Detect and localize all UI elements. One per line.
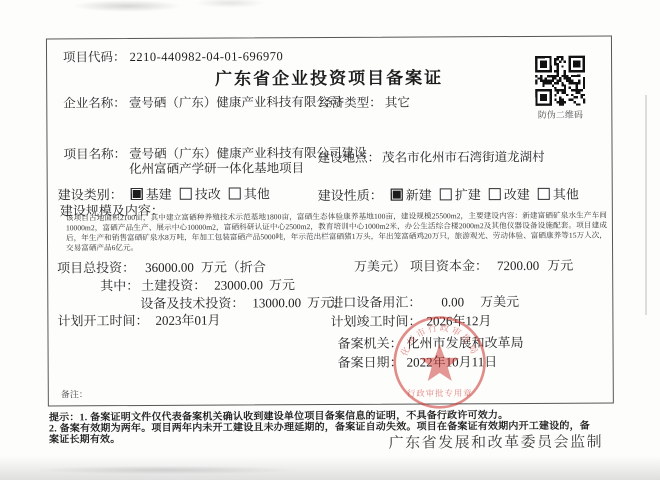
- planned-start-value: 2023年01月: [155, 310, 220, 329]
- filing-authority-label: 备案机关：: [337, 333, 402, 352]
- qr-code-image: [535, 56, 585, 106]
- import-forex-unit: 万美元: [480, 291, 519, 310]
- checkbox-expansion: [440, 188, 452, 200]
- checkbox-technical-upgrade-label: 技改: [195, 184, 221, 203]
- company-label: 企业名称：: [63, 93, 126, 111]
- planned-finish-row: 计划竣工时间： 2026年12月: [330, 310, 491, 330]
- anti-counterfeit-qr-code: [535, 56, 585, 106]
- filing-authority-value: 化州市发展和改革局: [407, 332, 524, 352]
- site-value: 茂名市化州市石湾街道龙湖村: [382, 147, 545, 166]
- construction-nature-label: 建设性质：: [318, 185, 383, 204]
- total-investment-unit: 万元（折合: [201, 256, 266, 275]
- civil-investment-unit: 万元: [269, 274, 295, 293]
- construction-nature-row: 建设性质： 新建 扩建 改建 其他: [318, 184, 579, 204]
- capital-label: 项目资本金：: [410, 255, 488, 274]
- site-label: 建设地点：: [318, 148, 381, 166]
- checkbox-category-other-label: 其他: [244, 183, 270, 202]
- company-row: 企业名称： 壹号硒（广东）健康产业科技有限公司: [63, 92, 341, 111]
- import-forex-row: 进口设备用汇： 0.00 万美元: [330, 291, 519, 311]
- checkbox-nature-other: [538, 187, 550, 199]
- issuer-footer: 广东省发展和改革委员会监制: [388, 431, 603, 453]
- civil-investment-label: 土建投资：: [141, 275, 206, 294]
- equipment-investment-value: 13000.00: [252, 295, 301, 311]
- civil-investment-value: 23000.00: [214, 277, 263, 293]
- checkbox-infrastructure: [131, 187, 143, 199]
- checkbox-new-build: [391, 188, 403, 200]
- filing-date-label: 备案日期：: [338, 352, 403, 371]
- checkbox-renovation-label: 改建: [504, 184, 530, 203]
- import-forex-value: 0.00: [441, 294, 464, 310]
- total-investment-value: 36000.00: [145, 260, 194, 276]
- planned-finish-value: 2026年12月: [426, 310, 491, 329]
- economy-type-row: 经济类型： 其它: [319, 93, 410, 111]
- site-row: 建设地点： 茂名市化州市石湾街道龙湖村: [318, 147, 545, 166]
- filing-date-value: 2022年10月11日: [407, 351, 498, 370]
- certificate-page: 项目代码： 2210-440982-04-01-696970 广东省企业投资项目…: [0, 0, 660, 480]
- checkbox-expansion-label: 扩建: [455, 184, 481, 203]
- checkbox-renovation: [489, 188, 501, 200]
- total-investment-label: 项目总投资：: [57, 257, 135, 276]
- total-investment-row: 项目总投资： 36000.00 万元（折合 万美元） 项目资本金： 7200.0…: [57, 255, 573, 277]
- remark-label: 备注：: [61, 387, 88, 400]
- economy-type-label: 经济类型：: [319, 93, 382, 111]
- checkbox-technical-upgrade: [180, 187, 192, 199]
- among-label: 其中：: [100, 275, 139, 294]
- planned-start-row: 计划开工时间： 2023年01月: [57, 310, 220, 330]
- project-code-row: 项目代码： 2210-440982-04-01-696970: [63, 46, 283, 65]
- project-name-label: 项目名称：: [64, 147, 127, 162]
- note-line-3: 案证长期有效。: [49, 430, 120, 445]
- checkbox-nature-other-label: 其他: [553, 184, 579, 203]
- checkbox-category-other: [229, 187, 241, 199]
- import-forex-label: 进口设备用汇：: [330, 292, 421, 311]
- civil-investment-row: 其中： 土建投资： 23000.00 万元: [100, 274, 295, 294]
- filing-authority-row: 备案机关： 化州市发展和改革局: [337, 332, 523, 352]
- project-code-value: 2210-440982-04-01-696970: [130, 49, 284, 65]
- capital-value: 7200.00: [497, 258, 539, 274]
- filing-date-row: 备案日期： 2022年10月11日: [338, 351, 498, 371]
- capital-unit: 万元: [547, 255, 573, 274]
- planned-finish-label: 计划竣工时间：: [330, 311, 421, 330]
- scale-content-paragraph: 该项目占地面积2100亩，其中建立富硒种养殖技术示范基地1800亩，富硒生态体验…: [66, 211, 607, 256]
- economy-type-value: 其它: [385, 93, 410, 111]
- qr-caption: 防伪二维码: [527, 108, 593, 121]
- planned-start-label: 计划开工时间：: [57, 310, 148, 329]
- company-value: 壹号硒（广东）健康产业科技有限公司: [129, 92, 342, 111]
- checkbox-new-build-label: 新建: [406, 184, 432, 203]
- project-code-label: 项目代码：: [63, 47, 126, 65]
- usd-unit: 万美元）: [354, 256, 406, 275]
